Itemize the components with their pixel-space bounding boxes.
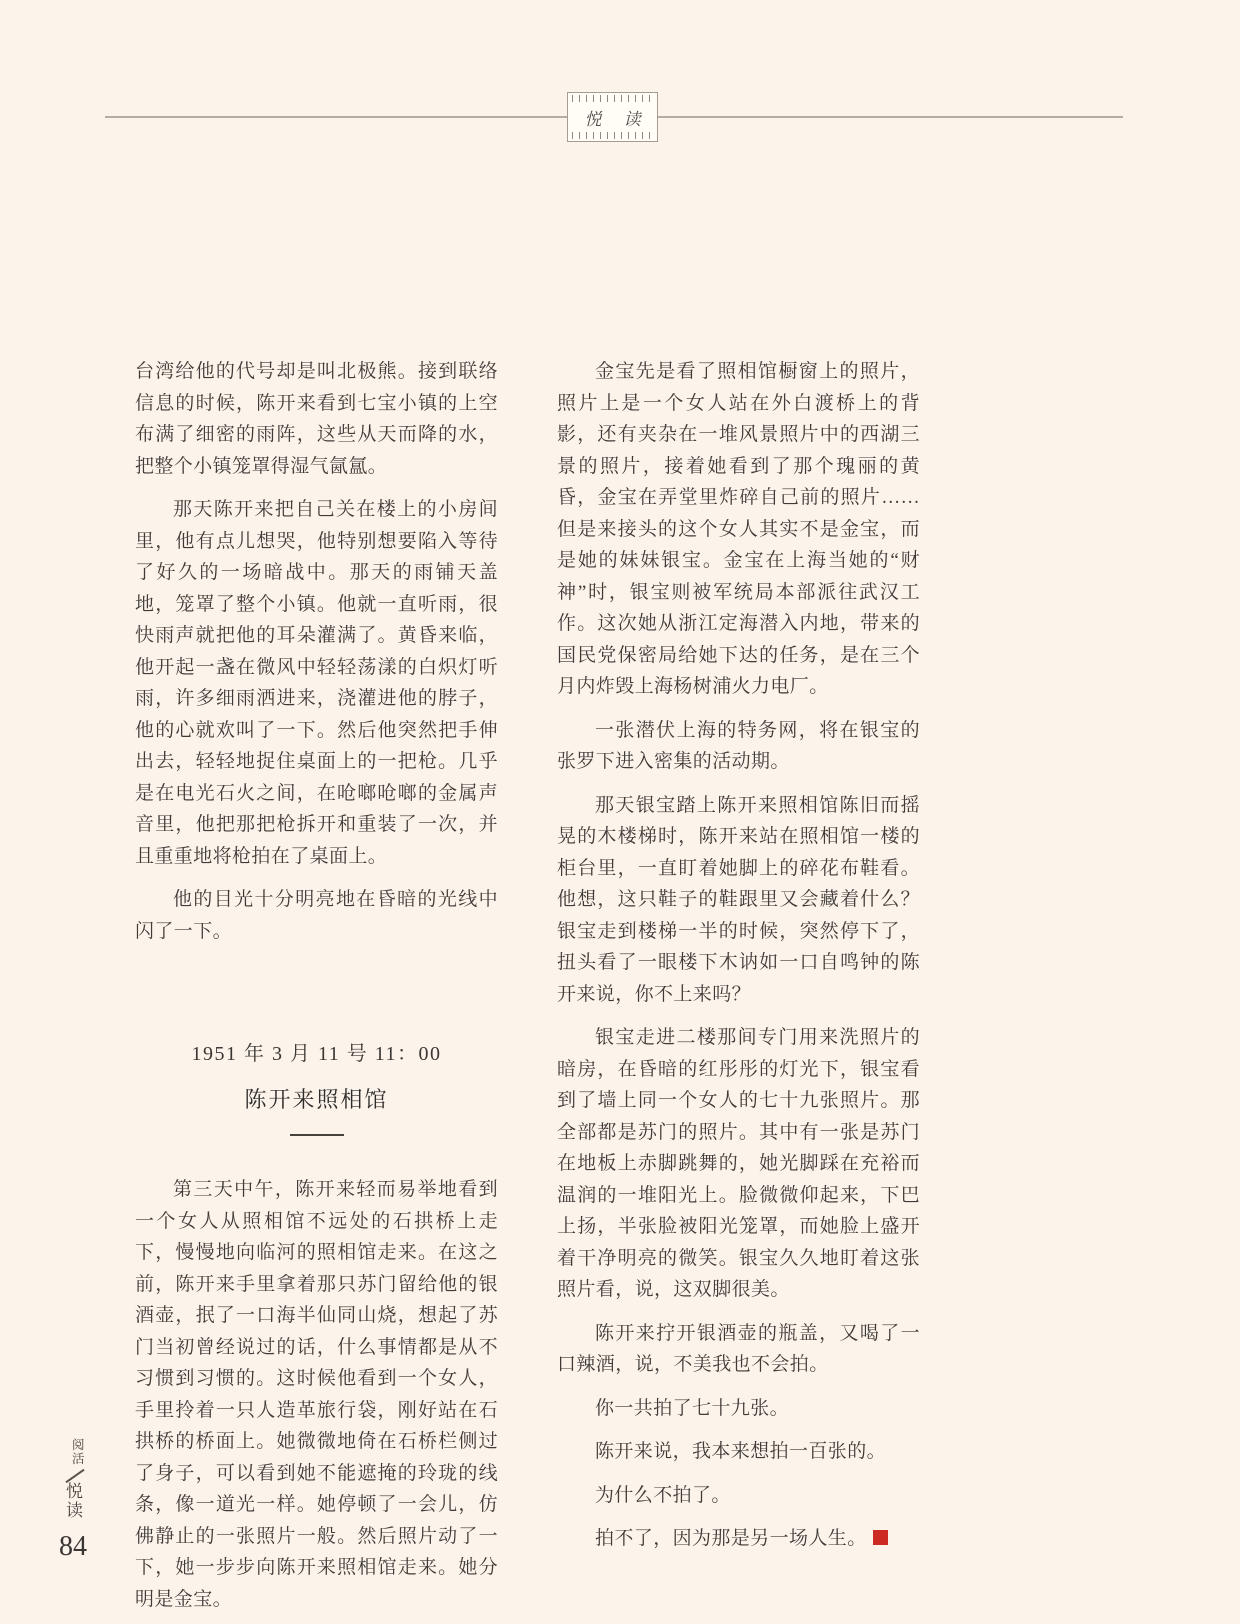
section-stamp: 悦 读	[567, 92, 658, 142]
paragraph: 你一共拍了七十九张。	[557, 1393, 920, 1425]
paragraph: 拍不了，因为那是另一场人生。	[557, 1523, 920, 1555]
stamp-label: 悦 读	[575, 105, 649, 130]
paragraph: 那天银宝踏上陈开来照相馆陈旧而摇晃的木楼梯时，陈开来站在照相馆一楼的柜台里，一直…	[557, 790, 920, 1011]
section-title: 陈开来照相馆	[135, 1084, 498, 1116]
paragraph: 他的目光十分明亮地在昏暗的光线中闪了一下。	[135, 884, 498, 947]
folio-section-label: 阅活	[72, 1438, 87, 1466]
end-of-story-mark	[873, 1530, 888, 1545]
section-heading: 1951 年 3 月 11 号 11：00 陈开来照相馆	[135, 1039, 498, 1136]
slash-icon	[65, 1469, 84, 1483]
last-paragraph-text: 拍不了，因为那是另一场人生。	[595, 1528, 867, 1549]
paragraph: 台湾给他的代号却是叫北极熊。接到联络信息的时候，陈开来看到七宝小镇的上空布满了细…	[135, 356, 498, 482]
right-column: 金宝先是看了照相馆橱窗上的照片，照片上是一个女人站在外白渡桥上的背影，还有夹杂在…	[557, 356, 920, 1567]
paragraph: 第三天中午，陈开来轻而易举地看到一个女人从照相馆不远处的石拱桥上走下，慢慢地向临…	[135, 1174, 498, 1615]
paragraph: 银宝走进二楼那间专门用来洗照片的暗房，在昏暗的红彤彤的灯光下，银宝看到了墙上同一…	[557, 1022, 920, 1306]
paragraph: 为什么不拍了。	[557, 1480, 920, 1512]
paragraph: 陈开来拧开银酒壶的瓶盖，又喝了一口辣酒，说，不美我也不会拍。	[557, 1318, 920, 1381]
section-date: 1951 年 3 月 11 号 11：00	[135, 1039, 498, 1071]
left-column: 台湾给他的代号却是叫北极熊。接到联络信息的时候，陈开来看到七宝小镇的上空布满了细…	[135, 356, 498, 1624]
paragraph: 金宝先是看了照相馆橱窗上的照片，照片上是一个女人站在外白渡桥上的背影，还有夹杂在…	[557, 356, 920, 703]
paragraph: 那天陈开来把自己关在楼上的小房间里，他有点儿想哭，他特别想要陷入等待了好久的一场…	[135, 494, 498, 872]
stamp-teeth-icon	[572, 132, 653, 139]
page-folio: 阅活 悦读 84	[58, 1438, 98, 1563]
folio-column-label: 悦读	[66, 1483, 85, 1520]
stamp-teeth-icon	[572, 95, 653, 102]
section-divider	[290, 1134, 344, 1136]
paragraph: 陈开来说，我本来想拍一百张的。	[557, 1436, 920, 1468]
paragraph: 一张潜伏上海的特务网，将在银宝的张罗下进入密集的活动期。	[557, 715, 920, 778]
page-number: 84	[59, 1531, 98, 1563]
magazine-page: 悦 读 台湾给他的代号却是叫北极熊。接到联络信息的时候，陈开来看到七宝小镇的上空…	[0, 0, 1240, 1624]
